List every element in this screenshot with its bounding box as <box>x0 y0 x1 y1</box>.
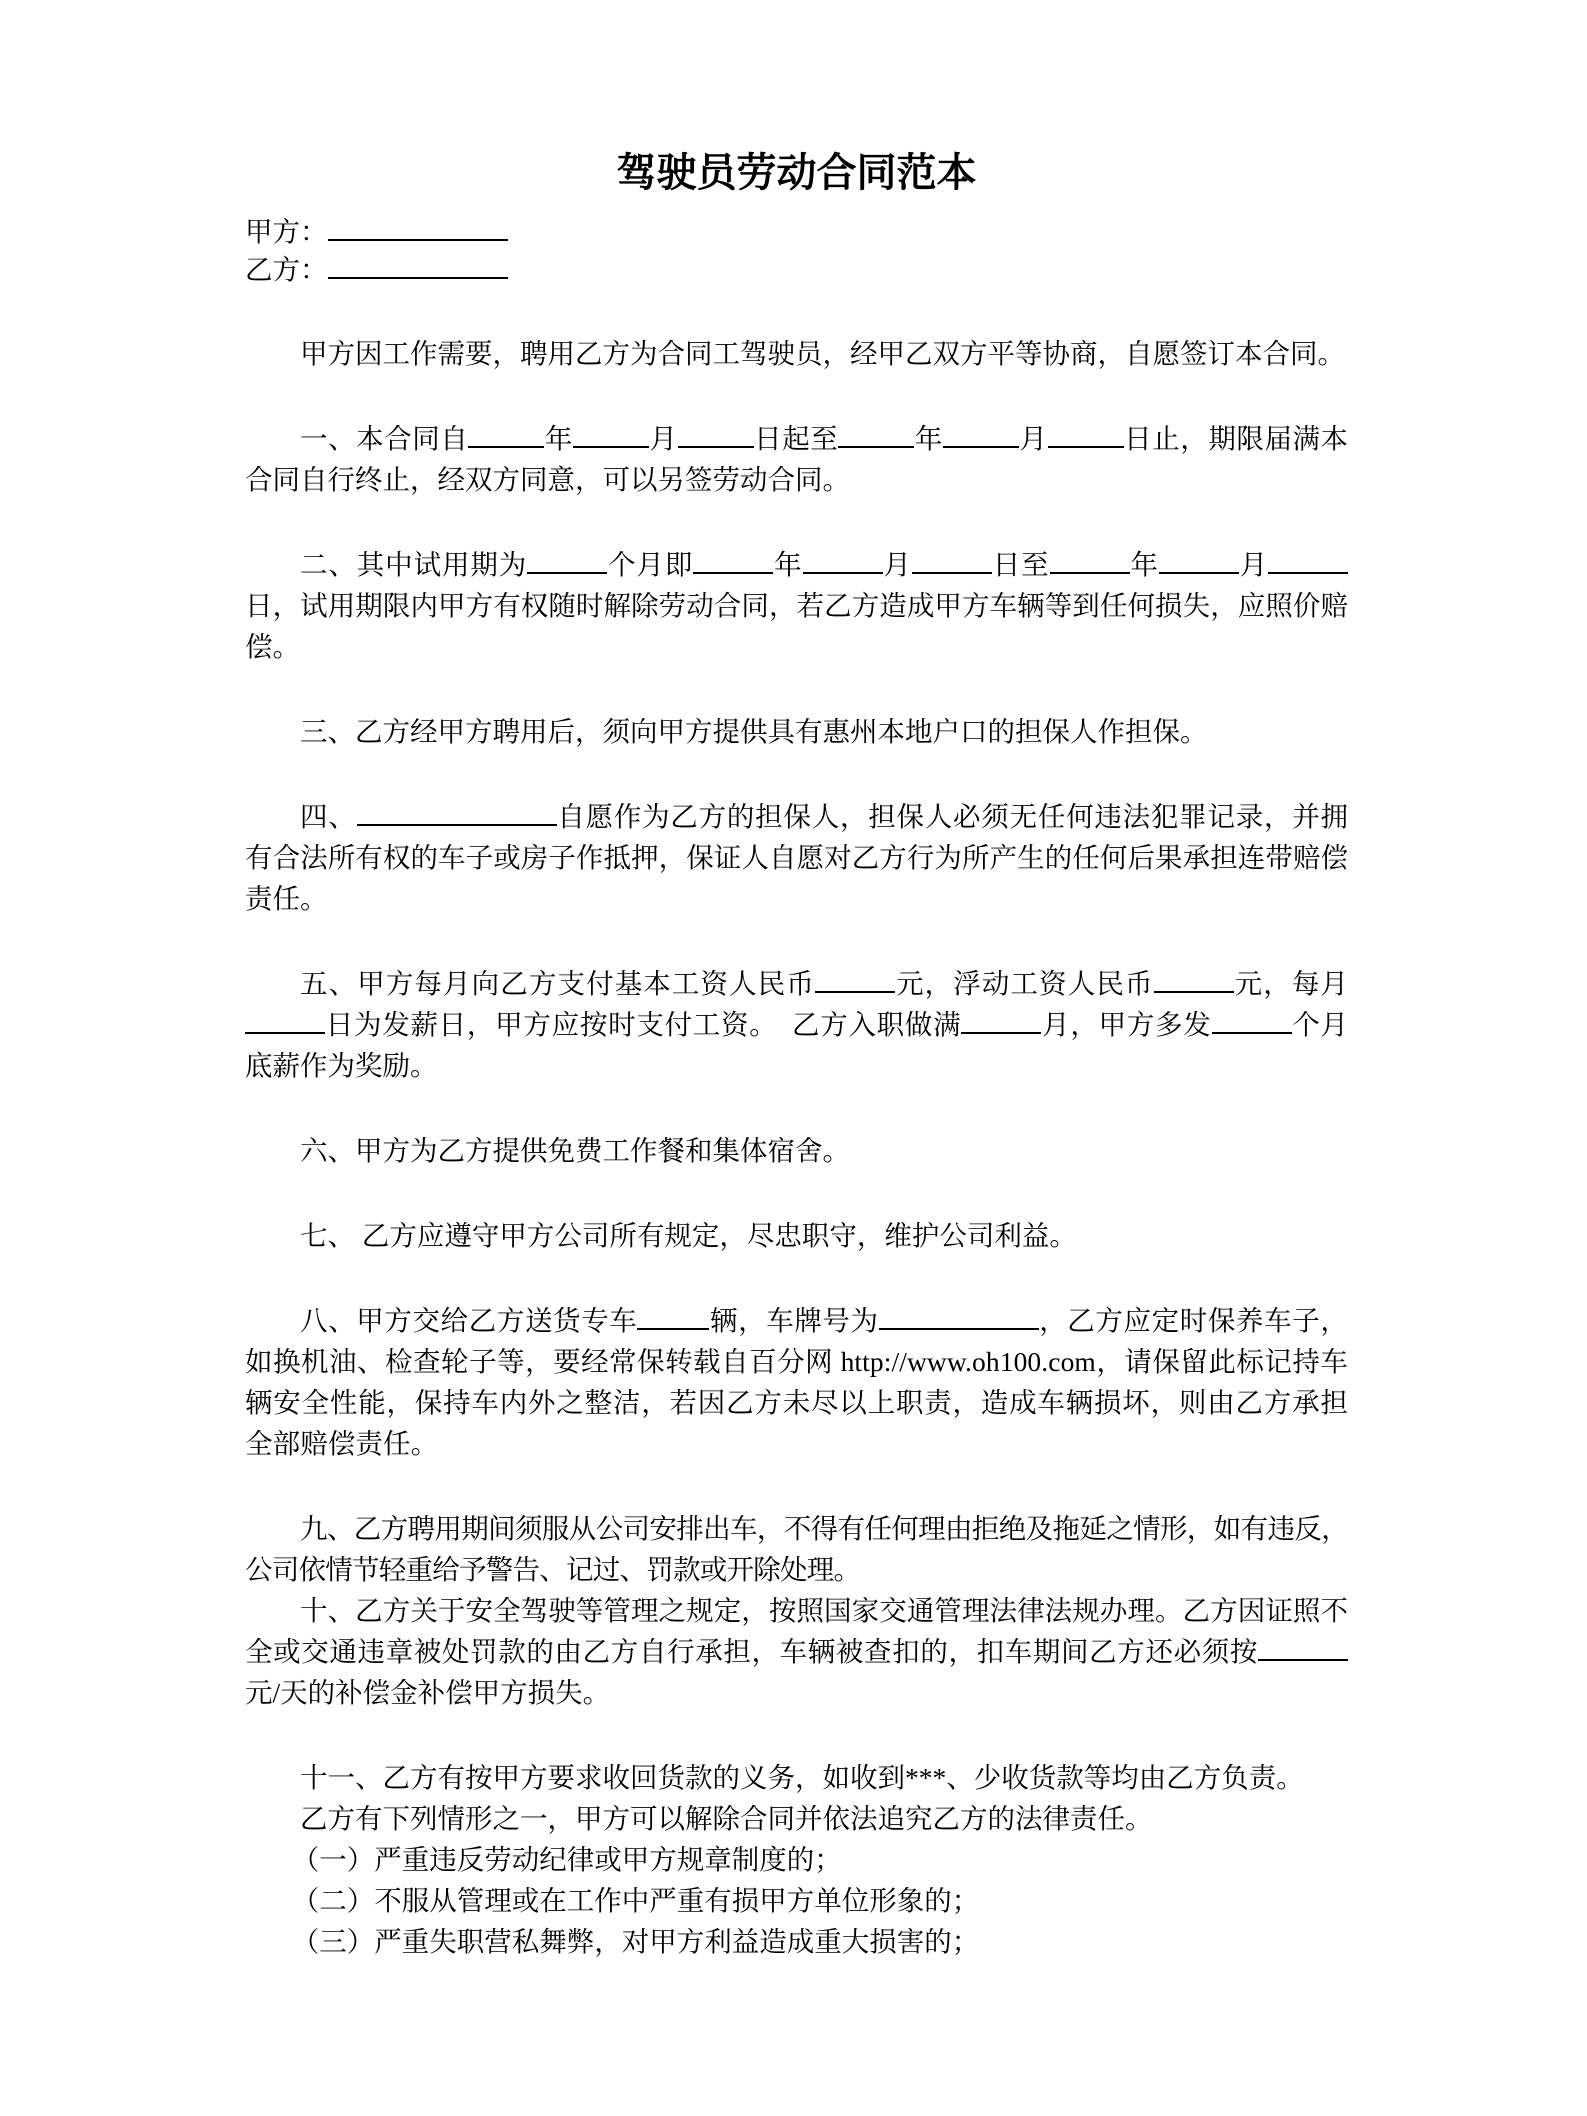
text-run: 年 <box>914 423 943 454</box>
fill-in-blank <box>815 968 895 993</box>
text-run: 九、乙方聘用期间须服从公司安排出车，不得有任何理由拒绝及拖延之情形，如有违反，公… <box>245 1513 1348 1585</box>
contract-paragraph-clause-5: 五、甲方每月向乙方支付基本工资人民币元，浮动工资人民币元，每月日为发薪日，甲方应… <box>245 963 1348 1086</box>
contract-paragraph-clause-11-termination: 乙方有下列情形之一，甲方可以解除合同并依法追究乙方的法律责任。 <box>245 1798 1348 1839</box>
text-run: 辆，车牌号为 <box>709 1305 878 1336</box>
text-run: 元/天的补偿金补偿甲方损失。 <box>245 1677 610 1708</box>
fill-in-blank <box>1048 423 1124 448</box>
text-run: 二、其中试用期为 <box>300 549 527 580</box>
fill-in-blank <box>1212 1009 1292 1034</box>
text-run: 五、甲方每月向乙方支付基本工资人民币 <box>300 968 815 999</box>
contract-paragraph-clause-6: 六、甲方为乙方提供免费工作餐和集体宿舍。 <box>245 1130 1348 1171</box>
text-run: （一）严重违反劳动纪律或甲方规章制度的； <box>292 1844 842 1875</box>
fill-in-blank <box>468 423 544 448</box>
contract-body: 甲方因工作需要，聘用乙方为合同工驾驶员，经甲乙双方平等协商，自愿签订本合同。一、… <box>245 333 1348 1962</box>
fill-in-blank <box>803 549 883 574</box>
text-run: 日为发薪日，甲方应按时支付工资。 乙方入职做满 <box>325 1009 961 1040</box>
fill-in-blank <box>693 549 773 574</box>
party-section: 甲方：乙方： <box>245 213 1348 289</box>
fill-in-blank <box>245 1009 325 1034</box>
fill-in-blank <box>879 1305 1039 1330</box>
fill-in-blank <box>527 549 607 574</box>
text-run: 乙方有下列情形之一，甲方可以解除合同并依法追究乙方的法律责任。 <box>300 1803 1153 1834</box>
contract-paragraph-clause-3: 三、乙方经甲方聘用后，须向甲方提供具有惠州本地户口的担保人作担保。 <box>245 711 1348 752</box>
text-run: 甲方因工作需要，聘用乙方为合同工驾驶员，经甲乙双方平等协商，自愿签订本合同。 <box>300 338 1345 369</box>
contract-paragraph-clause-10: 十、乙方关于安全驾驶等管理之规定，按照国家交通管理法律法规办理。乙方因证照不全或… <box>245 1590 1348 1713</box>
text-run: 十一、乙方有按甲方要求收回货款的义务，如收到***、少收货款等均由乙方负责。 <box>300 1762 1304 1793</box>
party-line-a: 甲方： <box>245 213 1348 251</box>
contract-paragraph-item-1: （一）严重违反劳动纪律或甲方规章制度的； <box>245 1839 1348 1880</box>
contract-page: 驾驶员劳动合同范本 甲方：乙方： 甲方因工作需要，聘用乙方为合同工驾驶员，经甲乙… <box>0 0 1587 2116</box>
text-run: 年 <box>1130 549 1159 580</box>
fill-in-blank <box>912 549 992 574</box>
text-run: （二）不服从管理或在工作中严重有损甲方单位形象的； <box>292 1885 980 1916</box>
text-run: 日起至 <box>754 423 839 454</box>
text-run: 元，浮动工资人民币 <box>895 968 1154 999</box>
party-label: 甲方： <box>245 216 328 247</box>
contract-paragraph-clause-2: 二、其中试用期为个月即年月日至年月日，试用期限内甲方有权随时解除劳动合同，若乙方… <box>245 544 1348 667</box>
text-run: 月，甲方多发 <box>1041 1009 1211 1040</box>
fill-in-blank <box>637 1305 709 1330</box>
party-line-b: 乙方： <box>245 251 1348 289</box>
contract-paragraph-clause-9: 九、乙方聘用期间须服从公司安排出车，不得有任何理由拒绝及拖延之情形，如有违反，公… <box>245 1508 1348 1590</box>
text-run: 月 <box>649 423 678 454</box>
fill-in-blank <box>1258 1636 1348 1661</box>
text-run: 日，试用期限内甲方有权随时解除劳动合同，若乙方造成甲方车辆等到任何损失，应照价赔… <box>245 590 1348 662</box>
fill-in-blank <box>1154 968 1234 993</box>
party-name-blank <box>328 216 508 241</box>
text-run: 日至 <box>992 549 1050 580</box>
contract-paragraph-clause-4: 四、自愿作为乙方的担保人，担保人必须无任何违法犯罪记录，并拥有合法所有权的车子或… <box>245 796 1348 919</box>
contract-paragraph-intro: 甲方因工作需要，聘用乙方为合同工驾驶员，经甲乙双方平等协商，自愿签订本合同。 <box>245 333 1348 374</box>
contract-paragraph-clause-11: 十一、乙方有按甲方要求收回货款的义务，如收到***、少收货款等均由乙方负责。 <box>245 1757 1348 1798</box>
text-run: 一、本合同自 <box>300 423 468 454</box>
fill-in-blank <box>357 801 557 826</box>
text-run: 月 <box>1019 423 1048 454</box>
document-title: 驾驶员劳动合同范本 <box>245 145 1348 201</box>
fill-in-blank <box>838 423 914 448</box>
contract-paragraph-clause-8: 八、甲方交给乙方送货专车辆，车牌号为，乙方应定时保养车子，如换机油、检查轮子等，… <box>245 1300 1348 1464</box>
fill-in-blank <box>1050 549 1130 574</box>
text-run: 十、乙方关于安全驾驶等管理之规定，按照国家交通管理法律法规办理。乙方因证照不全或… <box>245 1595 1348 1667</box>
text-run: 月 <box>883 549 912 580</box>
text-run: 个月即 <box>607 549 693 580</box>
party-name-blank <box>328 254 508 279</box>
contract-paragraph-item-3: （三）严重失职营私舞弊，对甲方利益造成重大损害的； <box>245 1921 1348 1962</box>
fill-in-blank <box>1268 549 1348 574</box>
text-run: 年 <box>773 549 802 580</box>
contract-paragraph-item-2: （二）不服从管理或在工作中严重有损甲方单位形象的； <box>245 1880 1348 1921</box>
text-run: 年 <box>544 423 573 454</box>
fill-in-blank <box>678 423 754 448</box>
text-run: 七、 乙方应遵守甲方公司所有规定，尽忠职守，维护公司利益。 <box>300 1220 1077 1251</box>
text-run: 八、甲方交给乙方送货专车 <box>300 1305 637 1336</box>
contract-paragraph-clause-7: 七、 乙方应遵守甲方公司所有规定，尽忠职守，维护公司利益。 <box>245 1215 1348 1256</box>
text-run: 四、 <box>300 801 357 832</box>
fill-in-blank <box>1159 549 1239 574</box>
fill-in-blank <box>943 423 1019 448</box>
text-run: 月 <box>1239 549 1268 580</box>
contract-paragraph-clause-1: 一、本合同自年月日起至年月日止，期限届满本合同自行终止，经双方同意，可以另签劳动… <box>245 418 1348 500</box>
text-run: 六、甲方为乙方提供免费工作餐和集体宿舍。 <box>300 1135 850 1166</box>
fill-in-blank <box>961 1009 1041 1034</box>
text-run: 三、乙方经甲方聘用后，须向甲方提供具有惠州本地户口的担保人作担保。 <box>300 716 1208 747</box>
text-run: 元，每月 <box>1234 968 1348 999</box>
party-label: 乙方： <box>245 254 328 285</box>
text-run: （三）严重失职营私舞弊，对甲方利益造成重大损害的； <box>292 1926 980 1957</box>
fill-in-blank <box>573 423 649 448</box>
